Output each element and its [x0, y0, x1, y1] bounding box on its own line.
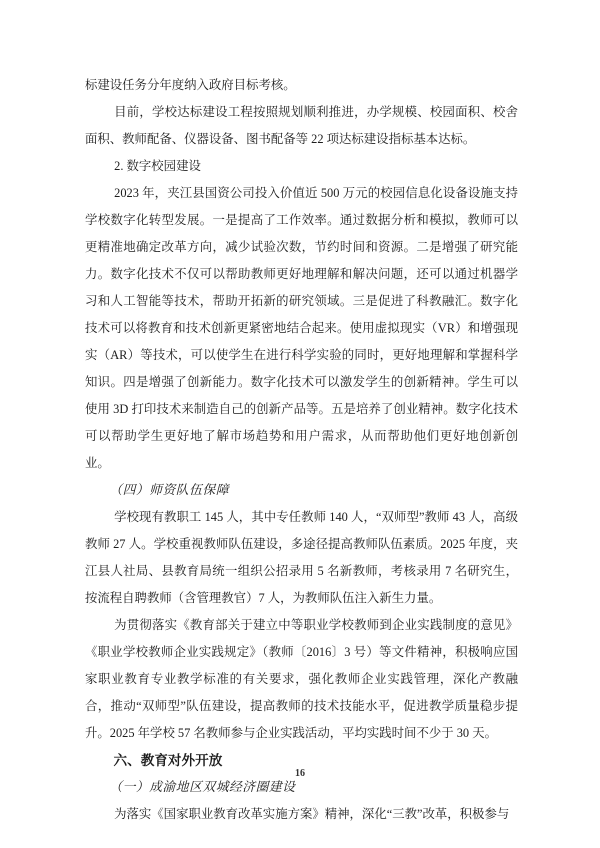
document-page: 标建设任务分年度纳入政府目标考核。目前，学校达标建设工程按照规划顺利推进，办学规…: [0, 0, 600, 848]
page-number: 16: [0, 768, 600, 779]
document-body: 标建设任务分年度纳入政府目标考核。目前，学校达标建设工程按照规划顺利推进，办学规…: [85, 72, 518, 828]
paragraph-body: 为贯彻落实《教育部关于建立中等职业学校教师到企业实践制度的意见》《职业学校教师企…: [85, 612, 518, 747]
paragraph-body: 目前，学校达标建设工程按照规划顺利推进，办学规模、校园面积、校舍面积、教师配备、…: [85, 99, 518, 153]
paragraph-body: 为落实《国家职业教育改革实施方案》精神，深化“三教”改革，积极参与: [85, 801, 518, 828]
paragraph-body: 学校现有教职工 145 人，其中专任教师 140 人，“双师型”教师 43 人，…: [85, 504, 518, 612]
paragraph-body: 2023 年，夹江县国资公司投入价值近 500 万元的校园信息化设备设施支持学校…: [85, 180, 518, 477]
paragraph-body-noindent: 标建设任务分年度纳入政府目标考核。: [85, 72, 518, 99]
paragraph-numbered: 2. 数字校园建设: [85, 153, 518, 180]
paragraph-sub-heading: （四）师资队伍保障: [85, 477, 518, 504]
